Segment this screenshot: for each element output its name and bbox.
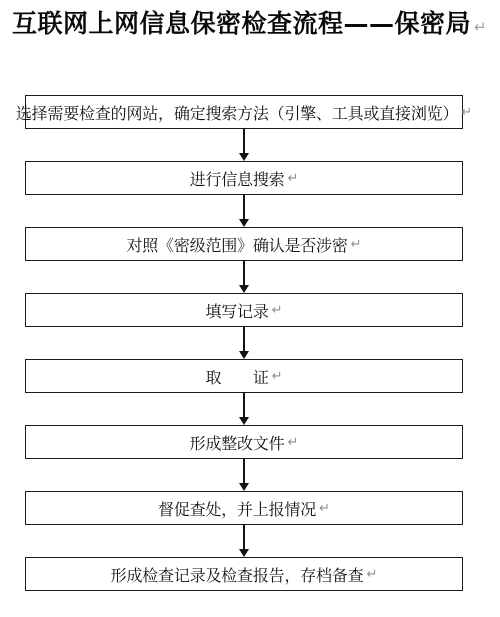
arrow-shaft (243, 459, 245, 483)
arrow-shaft (243, 393, 245, 417)
flow-step-select-websites: 选择需要检查的网站，确定搜索方法（引擎、工具或直接浏览）↵ (25, 95, 463, 129)
flow-step-label: 进行信息搜索 (190, 167, 285, 190)
flow-step-label: 选择需要检查的网站，确定搜索方法（引擎、工具或直接浏览） (16, 101, 458, 124)
arrow-head-icon (239, 417, 249, 425)
down-arrow (25, 195, 463, 227)
return-mark-icon: ↵ (287, 435, 298, 450)
flow-step-label: 填写记录 (205, 299, 268, 322)
down-arrow (25, 261, 463, 293)
return-mark-icon: ↵ (272, 369, 283, 384)
return-mark-icon: ↵ (366, 567, 377, 582)
flowchart: 选择需要检查的网站，确定搜索方法（引擎、工具或直接浏览）↵ 进行信息搜索↵ 对照… (25, 95, 463, 591)
arrow-head-icon (239, 153, 249, 161)
flow-step-fill-record: 填写记录↵ (25, 293, 463, 327)
return-mark-icon: ↵ (272, 303, 283, 318)
page-title: 互联网上网信息保密检查流程——保密局↵ (12, 7, 500, 44)
arrow-head-icon (239, 351, 249, 359)
down-arrow (25, 525, 463, 557)
down-arrow (25, 129, 463, 161)
return-mark-icon: ↵ (461, 105, 472, 120)
return-mark-icon: ↵ (474, 18, 487, 36)
flowchart-page: 互联网上网信息保密检查流程——保密局↵ 选择需要检查的网站，确定搜索方法（引擎、… (0, 7, 500, 617)
down-arrow (25, 393, 463, 425)
arrow-head-icon (239, 285, 249, 293)
flow-step-label: 取 证 (205, 365, 268, 388)
down-arrow (25, 459, 463, 491)
flow-step-confirm-secret: 对照《密级范围》确认是否涉密↵ (25, 227, 463, 261)
down-arrow (25, 327, 463, 359)
arrow-head-icon (239, 549, 249, 557)
arrow-shaft (243, 525, 245, 549)
return-mark-icon: ↵ (319, 501, 330, 516)
return-mark-icon: ↵ (287, 171, 298, 186)
arrow-shaft (243, 129, 245, 153)
flow-step-label: 督促查处，并上报情况 (158, 497, 316, 520)
flow-step-label: 形成检查记录及检查报告，存档备查 (111, 563, 364, 586)
arrow-head-icon (239, 219, 249, 227)
flow-step-label: 对照《密级范围》确认是否涉密 (126, 233, 347, 256)
page-title-text: 互联网上网信息保密检查流程——保密局 (12, 9, 471, 38)
flow-step-search-info: 进行信息搜索↵ (25, 161, 463, 195)
arrow-shaft (243, 261, 245, 285)
flow-step-rectification-doc: 形成整改文件↵ (25, 425, 463, 459)
flow-step-obtain-evidence: 取 证↵ (25, 359, 463, 393)
arrow-head-icon (239, 483, 249, 491)
flow-step-supervise-report: 督促查处，并上报情况↵ (25, 491, 463, 525)
arrow-shaft (243, 327, 245, 351)
return-mark-icon: ↵ (351, 237, 362, 252)
arrow-shaft (243, 195, 245, 219)
flow-step-archive: 形成检查记录及检查报告，存档备查↵ (25, 557, 463, 591)
flow-step-label: 形成整改文件 (190, 431, 285, 454)
